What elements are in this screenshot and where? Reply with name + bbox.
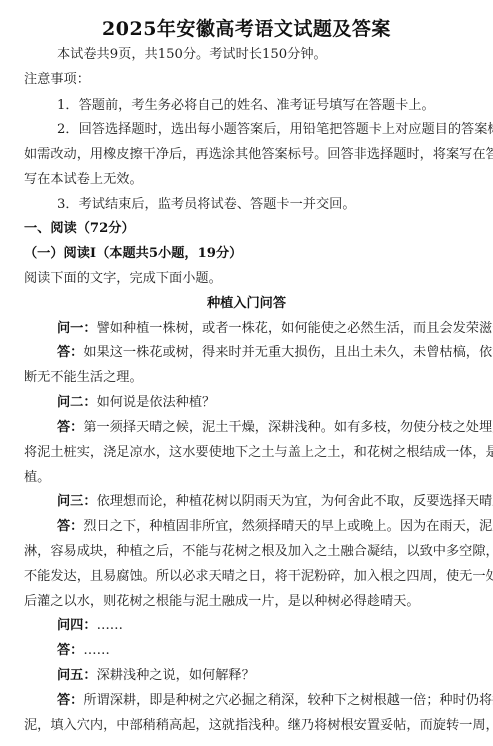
- qa-label: 问一：: [57, 321, 97, 336]
- qa-label: 答：: [57, 420, 83, 435]
- qa-question-4: 问四：……: [57, 618, 464, 634]
- notice-item-2-cont: 写在本试卷上无效。: [24, 172, 464, 188]
- document-title: 2025年安徽高考语文试题及答案: [0, 14, 493, 41]
- qa-label: 问三：: [57, 494, 97, 509]
- qa-answer-3: 答：烈日之下，种植固非所宜，然须择晴天的早上或晚上。因为在雨天，泥土一经雨: [57, 519, 464, 535]
- qa-answer-4: 答：……: [57, 643, 464, 659]
- qa-text: 深耕浅种之说，如何解释？: [97, 668, 255, 683]
- qa-question-3: 问三：依理想而论，种植花树以阴雨天为宜，为何舍此不取，反要选择天晴之日？: [57, 494, 464, 510]
- article-title: 种植入门问答: [0, 296, 493, 312]
- notice-item-1: 1．答题前，考生务必将自己的姓名、准考证号填写在答题卡上。: [57, 98, 464, 114]
- qa-answer-1-cont: 断无不能生活之理。: [24, 370, 464, 386]
- qa-text: 依理想而论，种植花树以阴雨天为宜，为何舍此不取，反要选择天晴之日？: [97, 494, 493, 509]
- qa-answer-2: 答：第一须择天晴之候，泥土干燥，深耕浅种。如有多枝，勿使分枝之处埋入土内，: [57, 420, 464, 436]
- qa-text: ……: [83, 643, 109, 658]
- qa-answer-3-cont: 不能发达，且易腐蚀。所以必求天晴之日，将干泥粉碎，加入根之四周，使无一处空隙，然: [24, 569, 464, 585]
- notice-item-2-cont: 如需改动，用橡皮擦干净后，再选涂其他答案标号。回答非选择题时，将案写在答题卡上。: [24, 147, 464, 163]
- document-page: 2025年安徽高考语文试题及答案 本试卷共9页，共150分。考试时长150分钟。…: [0, 0, 493, 746]
- qa-question-5: 问五：深耕浅种之说，如何解释？: [57, 668, 464, 684]
- qa-text: 烈日之下，种植固非所宜，然须择晴天的早上或晚上。因为在雨天，泥土一经雨: [83, 519, 493, 534]
- qa-text: 第一须择天晴之候，泥土干燥，深耕浅种。如有多枝，勿使分枝之处埋入土内，: [83, 420, 493, 435]
- qa-text: 譬如种植一株树，或者一株花，如何能使之必然生活，而且会发荣滋长？: [97, 321, 493, 336]
- qa-label: 答：: [57, 519, 83, 534]
- intro-text: 本试卷共9页，共150分。考试时长150分钟。: [57, 47, 464, 63]
- qa-question-2: 问二：如何说是依法种植？: [57, 395, 464, 411]
- qa-question-1: 问一：譬如种植一株树，或者一株花，如何能使之必然生活，而且会发荣滋长？: [57, 321, 464, 337]
- notice-item-2: 2．回答选择题时，选出每小题答案后，用铅笔把答题卡上对应题目的答案标号涂黑。: [57, 122, 464, 138]
- instruction-text: 阅读下面的文字，完成下面小题。: [24, 271, 464, 287]
- qa-answer-5-cont: 泥，填入穴内，中部稍稍高起，这就指浅种。继乃将树根安置妥帖，而旋转一周，使泥土与: [24, 718, 464, 734]
- qa-label: 问五：: [57, 668, 97, 683]
- qa-label: 答：: [57, 693, 83, 708]
- qa-answer-1: 答：如果这一株花或树，得来时并无重大损伤，且出土未久，未曾枯槁，依法种植，: [57, 345, 464, 361]
- qa-answer-5: 答：所谓深耕，即是种树之穴必掘之稍深，较种下之树根越一倍；种时仍将掘出之松: [57, 693, 464, 709]
- qa-label: 答：: [57, 643, 83, 658]
- qa-answer-2-cont: 将泥土桩实，浇足凉水，这水要使地下之土与盖上之土，和花树之根结成一体，是谓依法种: [24, 445, 464, 461]
- section-heading: 一、阅读（72分）: [24, 221, 464, 237]
- qa-answer-3-cont: 淋，容易成块，种植之后，不能与花树之根及加入之土融合凝结，以致中多空隙，根须不但: [24, 544, 464, 560]
- subsection-heading: （一）阅读Ⅰ（本题共5小题，19分）: [24, 246, 464, 262]
- qa-label: 答：: [57, 345, 83, 360]
- qa-answer-3-cont: 后灌之以水，则花树之根能与泥土融成一片，是以种树必得趁晴天。: [24, 594, 464, 610]
- qa-answer-2-cont: 植。: [24, 470, 464, 486]
- notice-item-3: 3．考试结束后，监考员将试卷、答题卡一并交回。: [57, 197, 464, 213]
- qa-text: 如何说是依法种植？: [97, 395, 216, 410]
- notice-heading: 注意事项：: [24, 72, 464, 88]
- qa-text: 所谓深耕，即是种树之穴必掘之稍深，较种下之树根越一倍；种时仍将掘出之松: [83, 693, 493, 708]
- qa-text: 如果这一株花或树，得来时并无重大损伤，且出土未久，未曾枯槁，依法种植，: [83, 345, 493, 360]
- qa-label: 问二：: [57, 395, 97, 410]
- qa-label: 问四：: [57, 618, 97, 633]
- qa-text: ……: [97, 618, 123, 633]
